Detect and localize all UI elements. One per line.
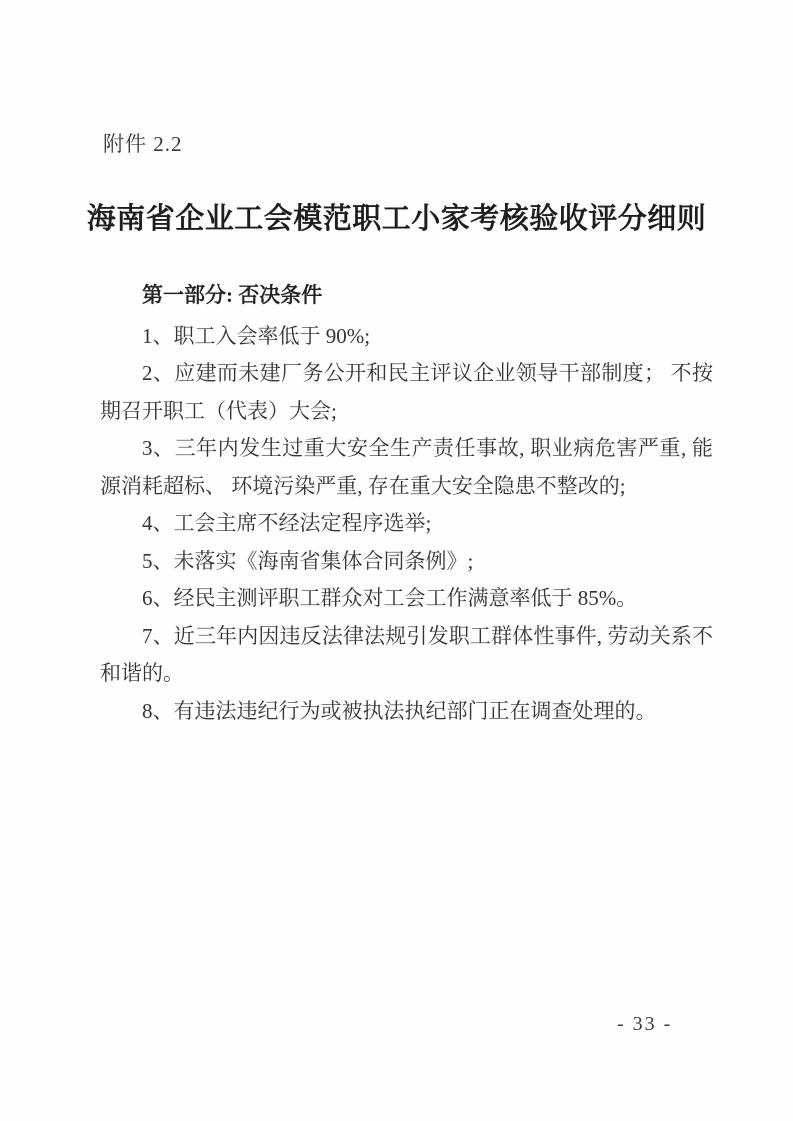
- list-item: 8、有违法违纪行为或被执法执纪部门正在调查处理的。: [100, 693, 713, 731]
- document-body: 第一部分: 否决条件 1、职工入会率低于 90%; 2、应建而未建厂务公开和民主…: [100, 277, 713, 730]
- list-item: 4、工会主席不经法定程序选举;: [100, 505, 713, 543]
- list-item: 2、应建而未建厂务公开和民主评议企业领导干部制度； 不按期召开职工（代表）大会;: [100, 355, 713, 430]
- list-item: 7、近三年内因违反法律法规引发职工群体性事件, 劳动关系不和谐的。: [100, 618, 713, 693]
- document-title: 海南省企业工会模范职工小家考核验收评分细则: [0, 196, 793, 237]
- list-item: 5、未落实《海南省集体合同条例》;: [100, 543, 713, 581]
- list-item: 6、经民主测评职工群众对工会工作满意率低于 85%。: [100, 580, 713, 618]
- page-number: - 33 -: [617, 1013, 672, 1036]
- list-item: 1、职工入会率低于 90%;: [100, 318, 713, 356]
- section-heading: 第一部分: 否决条件: [100, 277, 713, 315]
- attachment-label: 附件 2.2: [103, 128, 183, 158]
- list-item: 3、三年内发生过重大安全生产责任事故, 职业病危害严重, 能源消耗超标、 环境污…: [100, 430, 713, 505]
- document-page: 附件 2.2 海南省企业工会模范职工小家考核验收评分细则 第一部分: 否决条件 …: [0, 0, 793, 1121]
